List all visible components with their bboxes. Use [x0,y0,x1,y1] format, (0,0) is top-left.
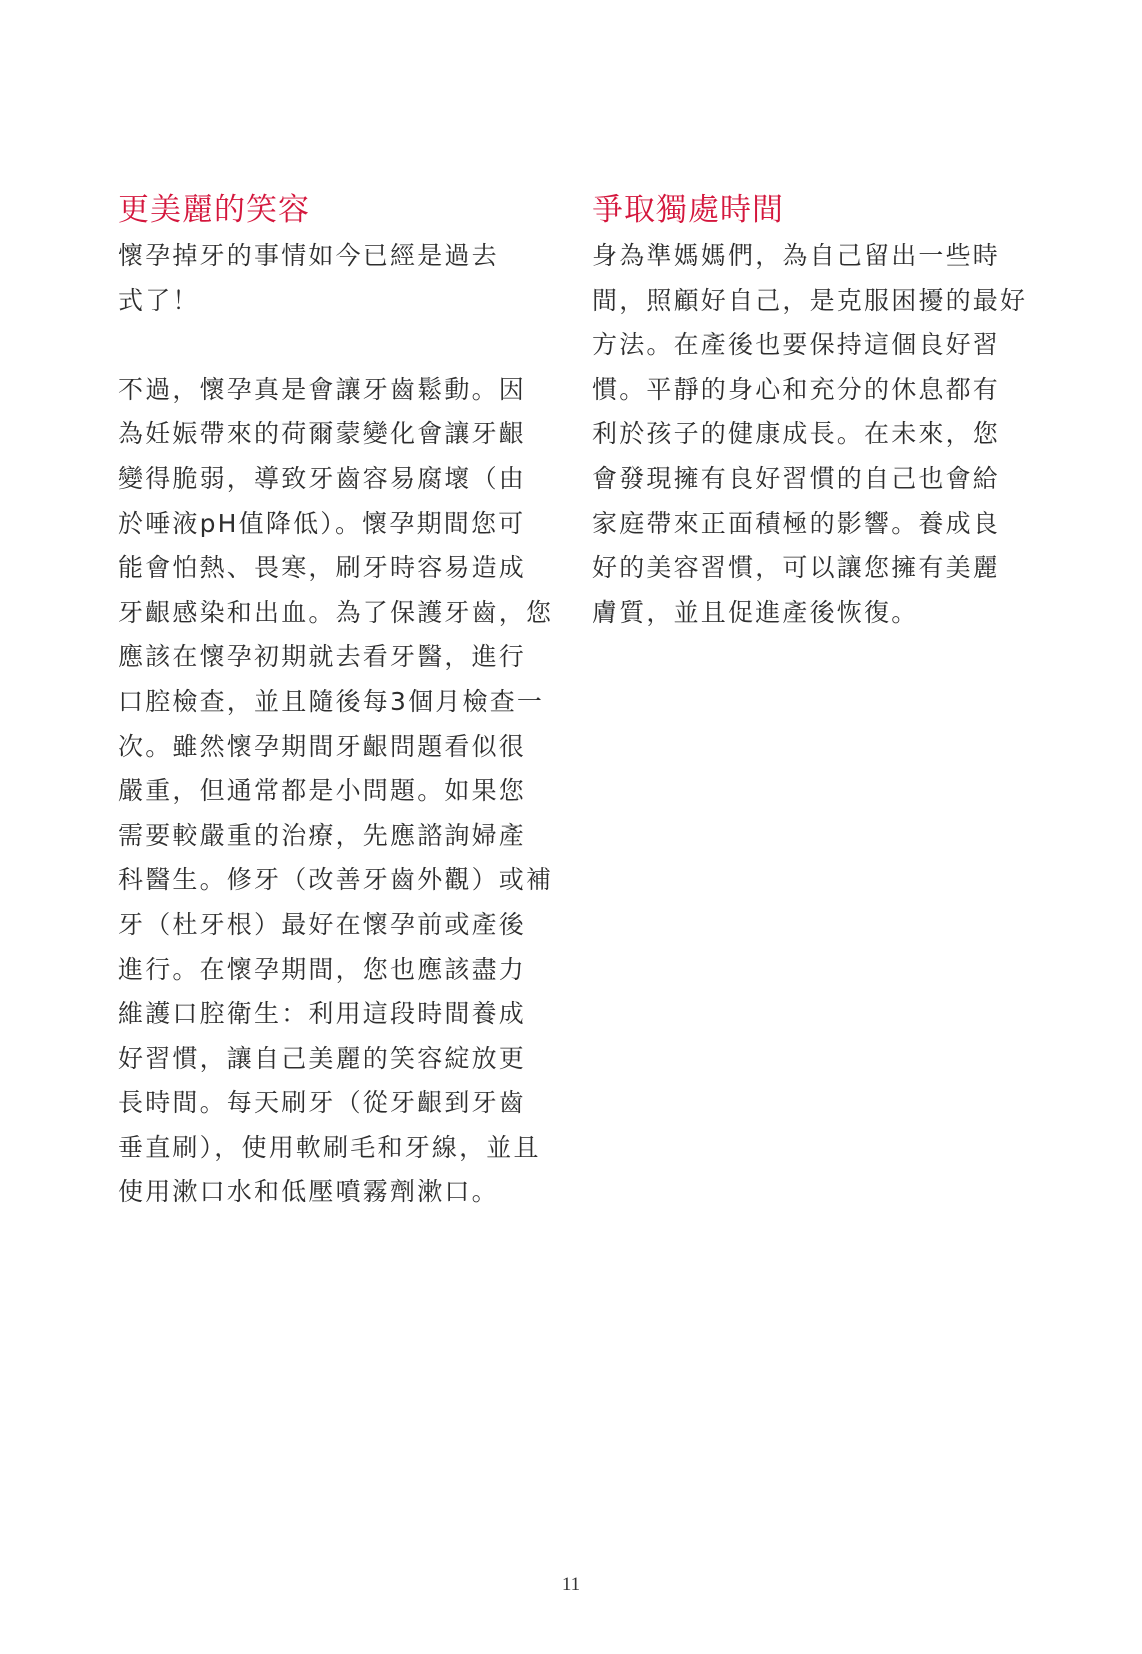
text-line: 應該在懷孕初期就去看牙醫，進行 [118,635,558,680]
section-heading-me-time: 爭取獨處時間 [592,190,1032,230]
text-line: 變得脆弱，導致牙齒容易腐壞（由 [118,457,558,502]
text-line: 科醫生。修牙（改善牙齒外觀）或補 [118,858,558,903]
text-line: 次。雖然懷孕期間牙齦問題看似很 [118,725,558,770]
page-number: 11 [0,1574,1142,1596]
text-line: 使用漱口水和低壓噴霧劑漱口。 [118,1170,558,1215]
right-column: 爭取獨處時間 身為準媽媽們，為自己留出一些時 間，照顧好自己，是克服困擾的最好 … [592,190,1032,635]
text-line: 懷孕掉牙的事情如今已經是過去 [118,234,558,279]
text-line: 式了！ [118,279,558,324]
text-line: 家庭帶來正面積極的影響。養成良 [592,502,1032,547]
text-line: 口腔檢查，並且隨後每3個月檢查一 [118,680,558,725]
text-line: 膚質，並且促進產後恢復。 [592,591,1032,636]
text-line: 不過，懷孕真是會讓牙齒鬆動。因 [118,368,558,413]
text-line: 長時間。每天刷牙（從牙齦到牙齒 [118,1081,558,1126]
text-line: 需要較嚴重的治療，先應諮詢婦產 [118,814,558,859]
text-line: 會發現擁有良好習慣的自己也會給 [592,457,1032,502]
text-line: 利於孩子的健康成長。在未來，您 [592,412,1032,457]
text-line: 垂直刷），使用軟刷毛和牙線，並且 [118,1126,558,1171]
intro-paragraph: 懷孕掉牙的事情如今已經是過去 式了！ [118,234,558,323]
paragraph-spacer [118,323,558,368]
section-heading-beautiful-smile: 更美麗的笑容 [118,190,558,230]
text-line: 方法。在產後也要保持這個良好習 [592,323,1032,368]
text-line: 好習慣，讓自己美麗的笑容綻放更 [118,1037,558,1082]
body-paragraph: 不過，懷孕真是會讓牙齒鬆動。因 為妊娠帶來的荷爾蒙變化會讓牙齦 變得脆弱，導致牙… [118,368,558,1215]
left-column: 更美麗的笑容 懷孕掉牙的事情如今已經是過去 式了！ 不過，懷孕真是會讓牙齒鬆動。… [118,190,558,1215]
text-line: 間，照顧好自己，是克服困擾的最好 [592,279,1032,324]
text-line: 身為準媽媽們，為自己留出一些時 [592,234,1032,279]
text-line: 進行。在懷孕期間，您也應該盡力 [118,948,558,993]
text-line: 牙齦感染和出血。為了保護牙齒，您 [118,591,558,636]
text-line: 維護口腔衛生：利用這段時間養成 [118,992,558,1037]
text-line: 能會怕熱、畏寒，刷牙時容易造成 [118,546,558,591]
text-line: 嚴重，但通常都是小問題。如果您 [118,769,558,814]
text-line: 牙（杜牙根）最好在懷孕前或產後 [118,903,558,948]
text-line: 於唾液pH值降低）。懷孕期間您可 [118,502,558,547]
text-line: 好的美容習慣，可以讓您擁有美麗 [592,546,1032,591]
body-paragraph: 身為準媽媽們，為自己留出一些時 間，照顧好自己，是克服困擾的最好 方法。在產後也… [592,234,1032,635]
text-line: 為妊娠帶來的荷爾蒙變化會讓牙齦 [118,412,558,457]
text-line: 慣。平靜的身心和充分的休息都有 [592,368,1032,413]
